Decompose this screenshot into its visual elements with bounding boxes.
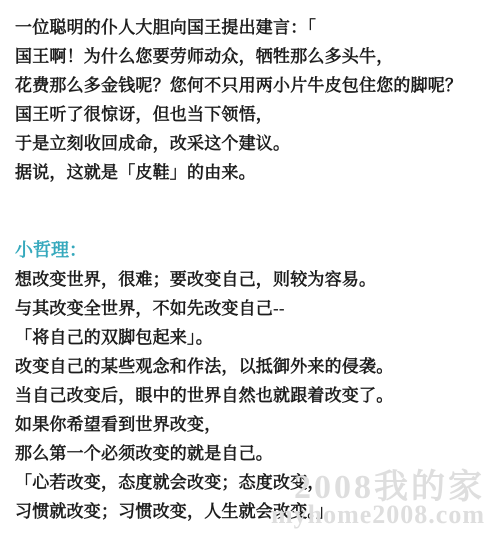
philosophy-line: 想改变世界，很难；要改变自己，则较为容易。: [15, 265, 485, 294]
philosophy-line: 当自己改变后，眼中的世界自然也就跟着改变了。: [15, 381, 485, 410]
philosophy-line: 习惯就改变；习惯改变，人生就会改变。」: [15, 497, 485, 526]
philosophy-paragraph: 想改变世界，很难；要改变自己，则较为容易。 与其改变全世界，不如先改变自己-- …: [15, 265, 485, 526]
story-line: 国王啊！为什么您要劳师动众，牺牲那么多头牛，: [15, 42, 485, 71]
philosophy-line: 「心若改变，态度就会改变；态度改变，: [15, 468, 485, 497]
philosophy-heading: 小哲理：: [15, 236, 485, 265]
story-line: 花费那么多金钱呢？您何不只用两小片牛皮包住您的脚呢？: [15, 71, 485, 100]
philosophy-line: 「将自己的双脚包起来」。: [15, 323, 485, 352]
story-line: 于是立刻收回成命，改采这个建议。: [15, 129, 485, 158]
philosophy-line: 那么第一个必须改变的就是自己。: [15, 439, 485, 468]
page-body: 一位聪明的仆人大胆向国王提出建言：「 国王啊！为什么您要劳师动众，牺牲那么多头牛…: [15, 13, 485, 526]
philosophy-line: 与其改变全世界，不如先改变自己--: [15, 294, 485, 323]
philosophy-line: 改变自己的某些观念和作法，以抵御外来的侵袭。: [15, 352, 485, 381]
story-paragraph: 一位聪明的仆人大胆向国王提出建言：「 国王啊！为什么您要劳师动众，牺牲那么多头牛…: [15, 13, 485, 187]
story-line: 据说，这就是「皮鞋」的由来。: [15, 158, 485, 187]
story-line: 国王听了很惊讶，但也当下领悟，: [15, 100, 485, 129]
philosophy-line: 如果你希望看到世界改变，: [15, 410, 485, 439]
story-line: 一位聪明的仆人大胆向国王提出建言：「: [15, 13, 485, 42]
